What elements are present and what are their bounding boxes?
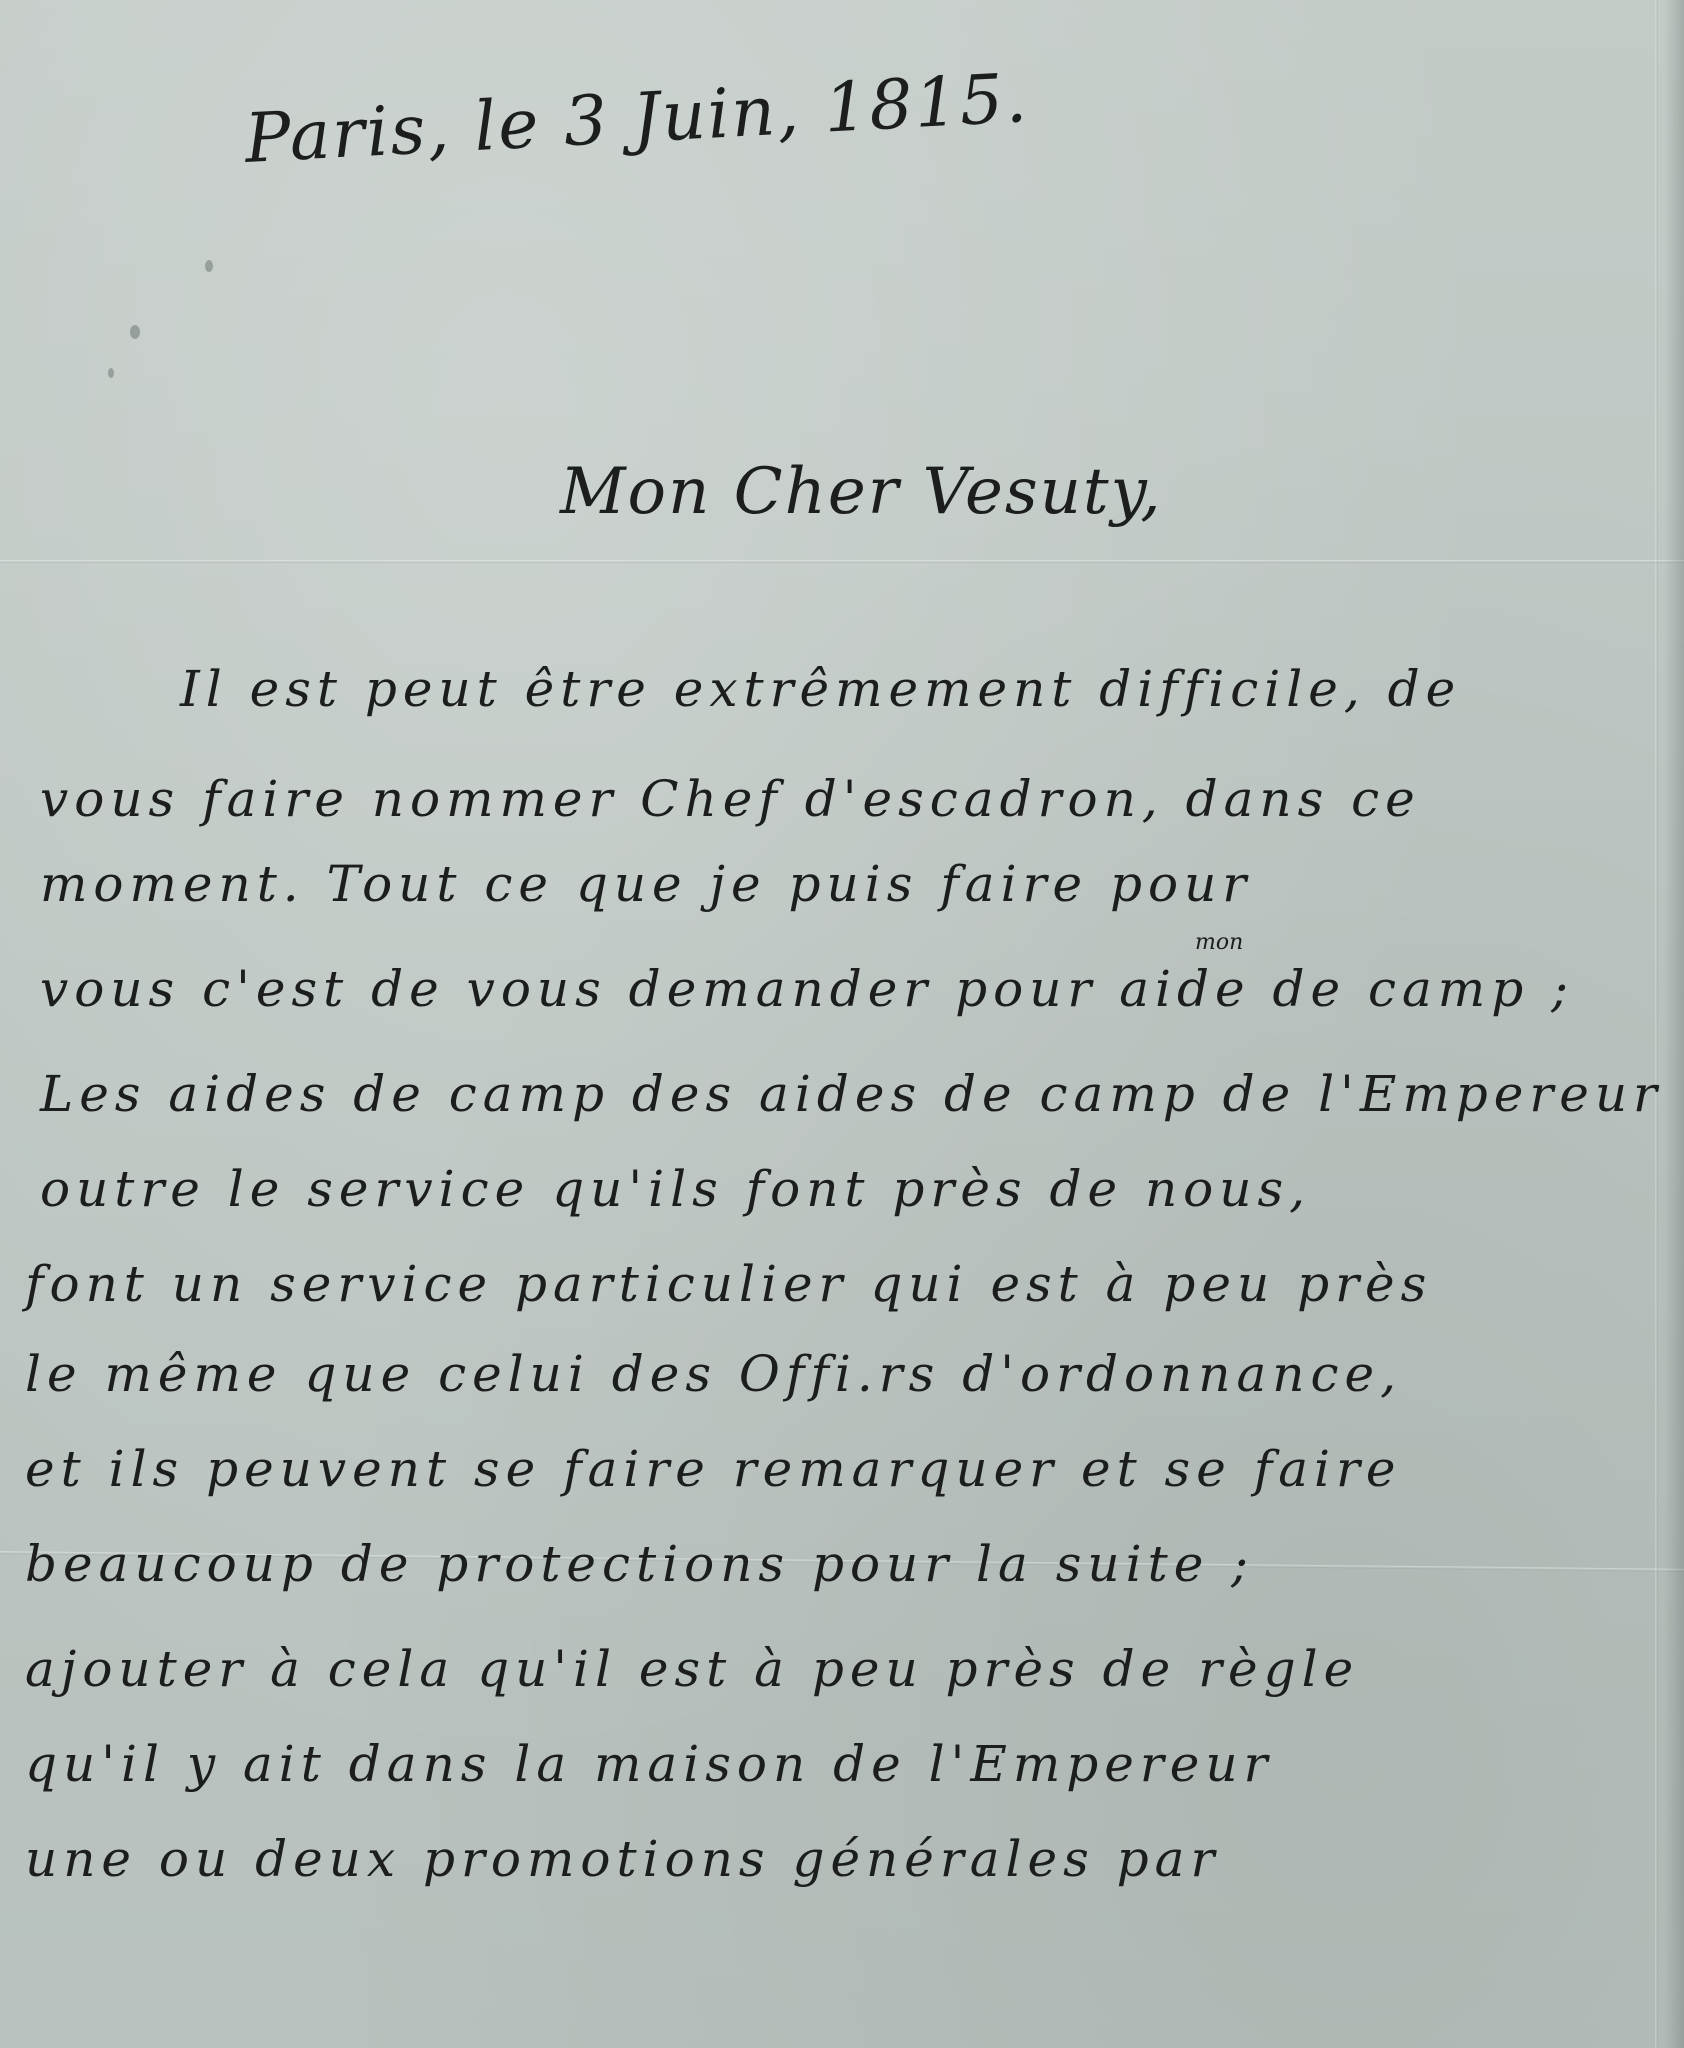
letter-body-line: qu'il y ait dans la maison de l'Empereur [25,1735,1273,1793]
letter-body-line: moment. Tout ce que je puis faire pour [40,855,1252,913]
letter-body-line: beaucoup de protections pour la suite ; [25,1535,1254,1593]
letter-body-line: outre le service qu'ils font près de nou… [40,1160,1311,1218]
letter-body-line: une ou deux promotions générales par [25,1830,1220,1888]
letter-body-line: le même que celui des Offi.rs d'ordonnan… [25,1345,1402,1403]
letter-salutation: Mon Cher Vesuty, [560,455,1163,529]
letter-body-line: vous faire nommer Chef d'escadron, dans … [40,770,1421,828]
paper-edge-shadow [1664,0,1684,2048]
letter-body-line: et ils peuvent se faire remarquer et se … [25,1440,1402,1498]
paper-fold-line [1655,0,1658,2048]
letter-page: Paris, le 3 Juin, 1815. Mon Cher Vesuty,… [0,0,1684,2048]
ink-spot [205,260,213,272]
ink-spot [108,368,114,378]
letter-body-line: Les aides de camp des aides de camp de l… [40,1065,1663,1123]
letter-body-line: font un service particulier qui est à pe… [25,1255,1432,1313]
paper-fold-line [0,560,1684,563]
letter-dateline: Paris, le 3 Juin, 1815. [243,59,1031,179]
letter-body-line: Il est peut être extrêmement difficile, … [180,660,1461,718]
letter-body-line: vous c'est de vous demander pour aide de… [40,960,1574,1018]
interlinear-insertion: mon [1195,930,1243,955]
ink-spot [130,325,140,339]
letter-body-line: ajouter à cela qu'il est à peu près de r… [25,1640,1359,1698]
